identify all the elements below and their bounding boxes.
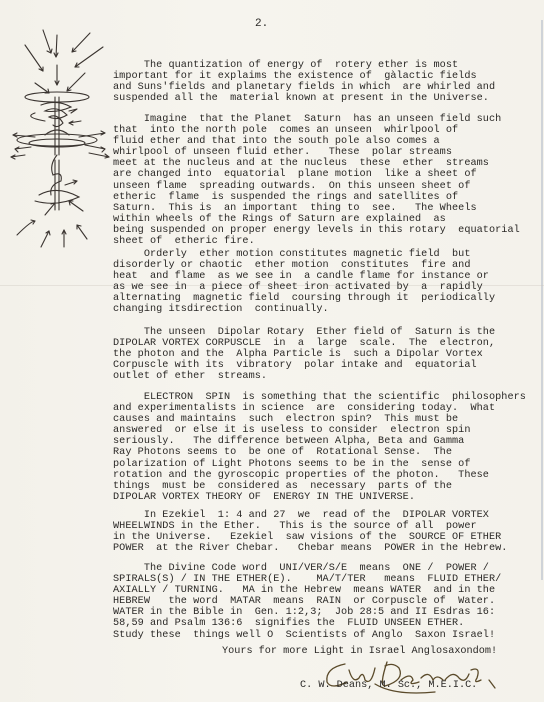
paragraph-ezekiel: In Ezekiel 1: 4 and 27 we read of the DI… [113, 510, 507, 554]
paragraph-ether-motion: Orderly ether motion constitutes magneti… [113, 249, 495, 316]
page-edge [544, 0, 550, 702]
vortex-diagram-icon [5, 25, 115, 255]
paragraph-saturn-field: Imagine that the Planet Saturn has an un… [113, 114, 520, 247]
paragraph-electron-spin: ELECTRON SPIN is something that the scie… [113, 392, 526, 503]
paragraph-dipolar-field: The unseen Dipolar Rotary Ether field of… [113, 327, 495, 382]
page-edge-shadow [541, 20, 543, 580]
paragraph-quantization: The quantization of energy of rotery eth… [113, 60, 495, 104]
typed-signature: C. W. Deans, M. Sc., M.E.I.C. [300, 680, 477, 691]
paragraph-divine-code: The Divine Code word UNI/VER/S/E means O… [113, 563, 501, 641]
page-number: 2. [255, 18, 268, 30]
